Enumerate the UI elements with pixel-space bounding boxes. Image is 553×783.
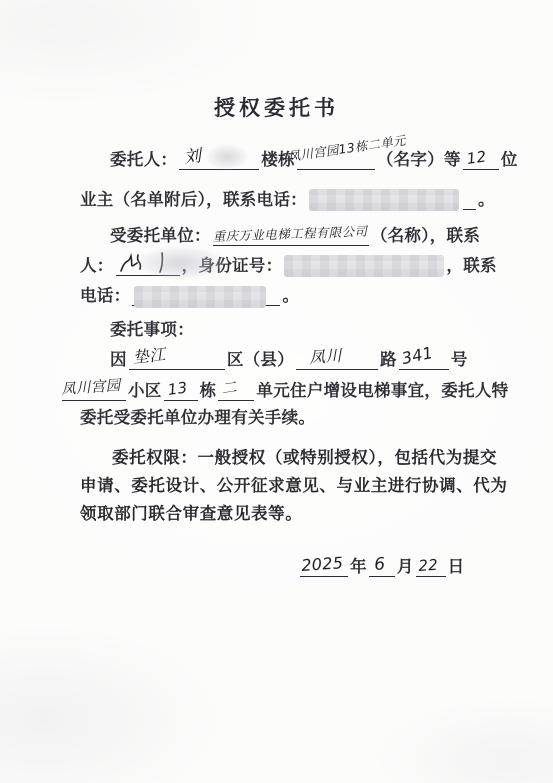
agency-label: 受委托单位： xyxy=(110,222,211,246)
owners-phone-label: 业主（名单附后），联系电话： xyxy=(80,186,307,210)
date-month-field: 6 xyxy=(369,555,395,577)
phone-field-tail xyxy=(463,188,476,210)
agency-line-3: 电话： 。 xyxy=(80,282,299,306)
agency-line-2: 人： ，身份证号：，联系 xyxy=(80,252,497,277)
authority-line-3: 领取部门联合审查意见表等。 xyxy=(80,500,302,524)
year-label: 年 xyxy=(350,553,367,577)
company-note-label: （名称），联系 xyxy=(371,222,480,246)
line-period: 。 xyxy=(282,282,299,306)
because-label: 因 xyxy=(110,346,127,370)
authority-text-1: 委托权限：一般授权（或特别授权），包括代为提交 xyxy=(112,444,497,468)
matters-line-1: 因 垫江 区（县） 凤川 路 341 号 xyxy=(110,346,468,370)
matters-heading: 委托事项： xyxy=(110,316,194,340)
day-label: 日 xyxy=(448,553,465,577)
building-number-handwriting: 13 xyxy=(166,378,188,399)
road-field: 凤川 xyxy=(296,348,378,370)
agency-phone-label: 电话： xyxy=(80,282,130,306)
estate-handwriting: 凤川宫园 xyxy=(61,374,122,399)
date-day-handwriting: 22 xyxy=(417,556,438,575)
authority-text-3: 领取部门联合审查意见表等。 xyxy=(80,500,302,524)
agency-phone-redaction-mosaic xyxy=(134,286,266,308)
date-day-field: 22 xyxy=(416,555,446,577)
unit-field: 二 xyxy=(218,379,254,401)
authority-line-2: 申请、委托设计、公开征求意见、与业主进行协调、代为 xyxy=(80,472,508,496)
line-period: 。 xyxy=(478,186,495,210)
phone-redaction-mosaic xyxy=(309,189,459,211)
unit-matter-label: 单元住户增设电梯事宜，委托人特 xyxy=(256,377,508,401)
principal-line-1: 委托人： 刘 楼栋 凤川宫园13栋二单元 （名字）等 12 位 xyxy=(110,146,518,170)
month-label: 月 xyxy=(397,553,414,577)
agency-phone-field xyxy=(132,284,280,306)
redaction-blur xyxy=(207,145,247,169)
matters-closing: 委托受委托单位办理有关手续。 xyxy=(80,404,315,428)
agency-line-1: 受委托单位： 重庆万业电梯工程有限公司 （名称），联系 xyxy=(110,222,480,246)
building-unit-label: 栋 xyxy=(200,377,217,401)
road-label: 路 xyxy=(380,346,397,370)
district-handwriting: 垫江 xyxy=(131,342,166,368)
principal-line-2: 业主（名单附后），联系电话：。 xyxy=(80,186,495,211)
authority-text-2: 申请、委托设计、公开征求意见、与业主进行协调、代为 xyxy=(80,472,508,496)
contact-person-label: 人： xyxy=(80,252,114,276)
estate-field: 凤川宫园 xyxy=(62,379,126,401)
matters-line-3: 委托受委托单位办理有关手续。 xyxy=(80,404,315,428)
company-handwriting: 重庆万业电梯工程有限公司 xyxy=(212,222,367,245)
date-year-handwriting: 2025 xyxy=(301,553,344,575)
matters-line-2: 凤川宫园 小区 13 栋 二 单元住户增设电梯事宜，委托人特 xyxy=(62,377,508,401)
contact-signature-handwriting xyxy=(118,251,178,275)
principal-name-field: 刘 xyxy=(179,148,259,170)
date-line: 2025 年 6 月 22 日 xyxy=(298,553,464,577)
page-title: 授权委托书 xyxy=(0,92,553,122)
contact-tail-label: ，联系 xyxy=(446,252,496,276)
unit-handwriting: 二 xyxy=(220,376,238,399)
principal-label: 委托人： xyxy=(110,146,177,170)
district-field: 垫江 xyxy=(129,348,225,370)
building-field: 凤川宫园13栋二单元 xyxy=(297,148,375,170)
authority-line-1: 委托权限：一般授权（或特别授权），包括代为提交 xyxy=(112,444,497,468)
building-number-field: 13 xyxy=(164,379,198,401)
road-handwriting: 凤川 xyxy=(308,343,342,368)
estate-label: 小区 xyxy=(128,377,162,401)
owner-count-field: 12 xyxy=(463,148,499,170)
date-year-field: 2025 xyxy=(300,555,348,577)
scanned-document-page: 授权委托书 委托人： 刘 楼栋 凤川宫园13栋二单元 （名字）等 12 位 业主… xyxy=(0,0,553,783)
id-redaction-mosaic xyxy=(284,255,444,277)
principal-name-handwriting: 刘 xyxy=(183,141,203,168)
contact-person-field xyxy=(116,254,180,276)
count-unit-label: 位 xyxy=(501,146,518,170)
district-label: 区（县） xyxy=(227,346,294,370)
id-number-label: ，身份证号： xyxy=(182,252,283,276)
street-number-field: 341 xyxy=(399,348,449,370)
matters-heading-label: 委托事项： xyxy=(110,316,194,340)
company-field: 重庆万业电梯工程有限公司 xyxy=(213,224,369,246)
owner-count-handwriting: 12 xyxy=(465,147,487,168)
number-label: 号 xyxy=(451,346,468,370)
street-number-handwriting: 341 xyxy=(400,343,435,368)
date-month-handwriting: 6 xyxy=(373,554,385,575)
